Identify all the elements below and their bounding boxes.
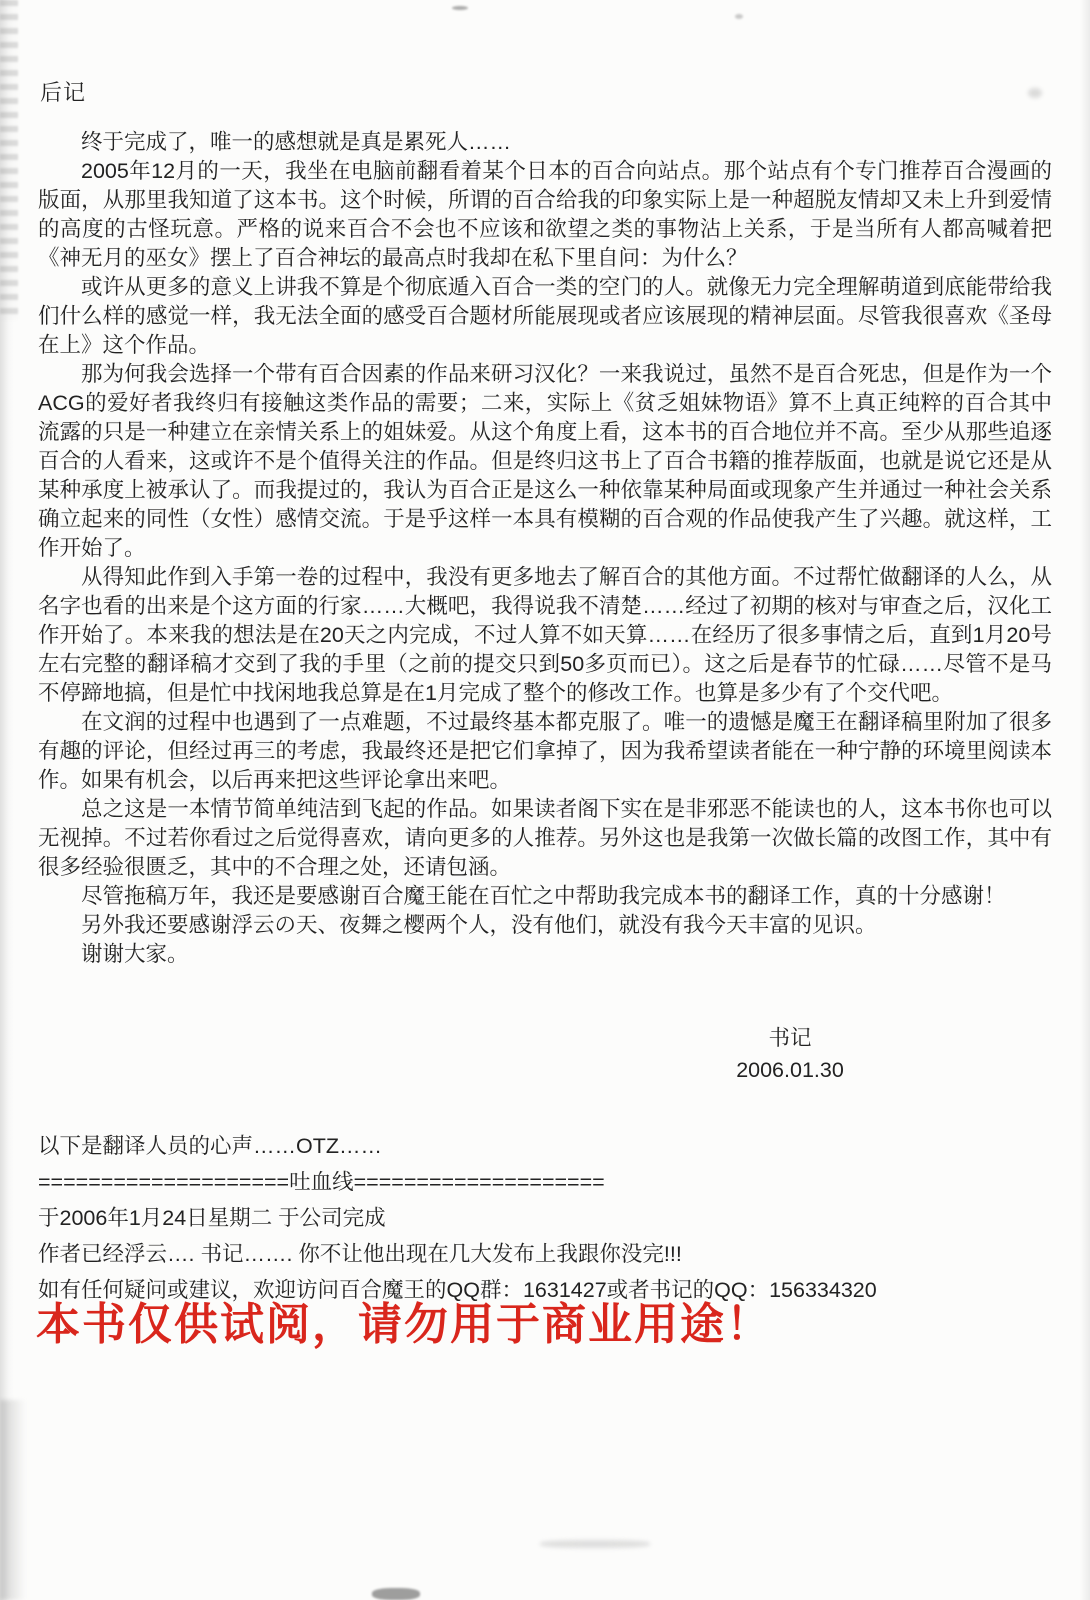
afterword-body: 终于完成了，唯一的感想就是真是累死人…… 2005年12月的一天，我坐在电脑前翻…: [38, 128, 1052, 969]
scan-speck: [452, 6, 468, 10]
translator-note-line: 作者已经浮云…. 书记……. 你不让他出现在几大发布上我跟你没完!!!: [38, 1236, 1052, 1272]
scan-smudge-bottom-right: [540, 1540, 650, 1548]
paragraph: 那为何我会选择一个带有百合因素的作品来研习汉化？一来我说过，虽然不是百合死忠，但…: [38, 360, 1052, 563]
paragraph: 尽管拖稿万年，我还是要感谢百合魔王能在百忙之中帮助我完成本书的翻译工作，真的十分…: [38, 882, 1052, 911]
translator-note-line: 于2006年1月24日星期二 于公司完成: [38, 1200, 1052, 1236]
scan-noise-left-top: [0, 0, 18, 320]
paragraph: 终于完成了，唯一的感想就是真是累死人……: [38, 128, 1052, 157]
scan-smudge-bottom-center: [372, 1588, 420, 1600]
signature-block: 书记 2006.01.30: [640, 1022, 940, 1086]
paragraph: 从得知此作到入手第一卷的过程中，我没有更多地去了解百合的其他方面。不过帮忙做翻译…: [38, 563, 1052, 708]
paragraph: 另外我还要感谢浮云の天、夜舞之樱两个人，没有他们，就没有我今天丰富的见识。: [38, 911, 1052, 940]
paragraph: 在文润的过程中也遇到了一点难题，不过最终基本都克服了。唯一的遗憾是魔王在翻译稿里…: [38, 708, 1052, 795]
scan-speck: [1028, 88, 1042, 98]
scan-edge-shadow-right: [1080, 0, 1090, 1600]
page-title: 后记: [40, 76, 86, 107]
translator-notes-intro: 以下是翻译人员的心声……OTZ……: [38, 1128, 1052, 1164]
scanned-afterword-page: 后记 终于完成了，唯一的感想就是真是累死人…… 2005年12月的一天，我坐在电…: [0, 0, 1090, 1600]
paragraph: 谢谢大家。: [38, 940, 1052, 969]
paragraph: 总之这是一本情节简单纯洁到飞起的作品。如果读者阁下实在是非邪恶不能读也的人，这本…: [38, 795, 1052, 882]
scan-speck: [735, 14, 743, 19]
scan-smudge-bottom-left: [0, 1400, 26, 1600]
paragraph: 或许从更多的意义上讲我不算是个彻底遁入百合一类的空门的人。就像无力完全理解萌道到…: [38, 273, 1052, 360]
signature-date: 2006.01.30: [640, 1054, 940, 1086]
divider-line: ====================吐血线=================…: [38, 1164, 1052, 1200]
signature-name: 书记: [640, 1022, 940, 1054]
translator-notes: 以下是翻译人员的心声……OTZ…… ====================吐血…: [38, 1128, 1052, 1308]
paragraph: 2005年12月的一天，我坐在电脑前翻看着某个日本的百合向站点。那个站点有个专门…: [38, 157, 1052, 273]
non-commercial-notice: 本书仅供试阅，请勿用于商业用途！: [36, 1288, 1056, 1352]
